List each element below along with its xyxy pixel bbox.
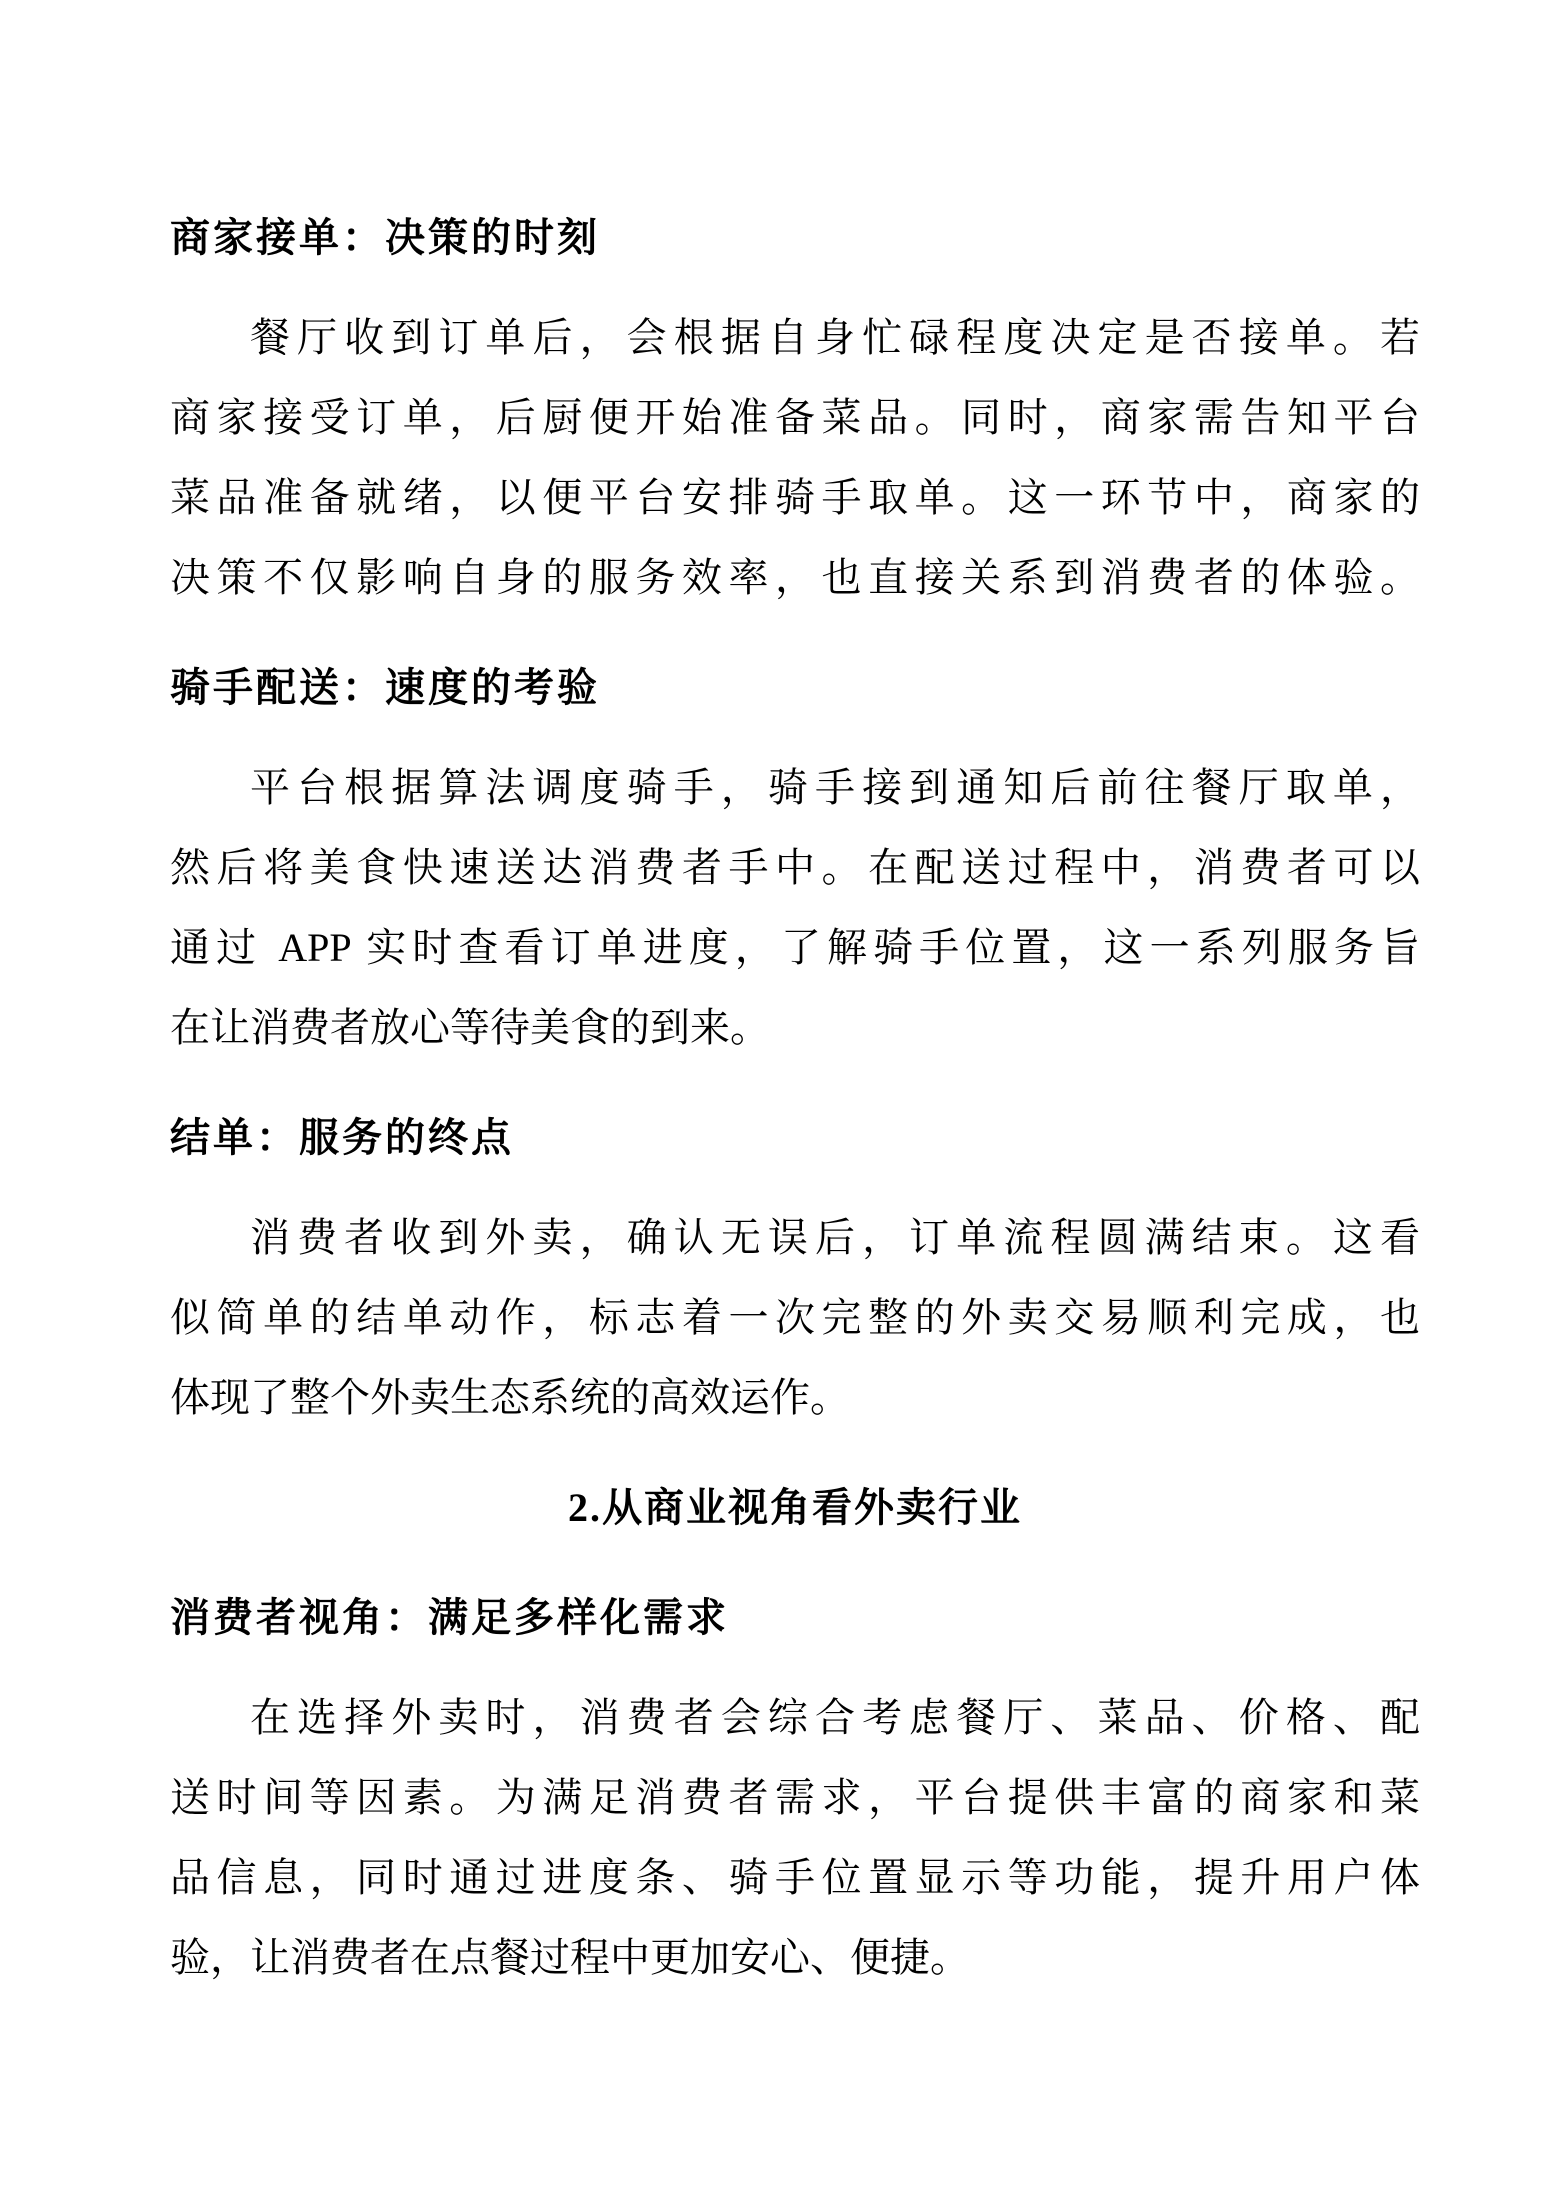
paragraph-line: 验，让消费者在点餐过程中更加安心、便捷。 [170,1918,1420,1998]
section-title-business-view: 2.从商业视角看外卖行业 [170,1468,1420,1548]
paragraph-consumer: 在选择外卖时，消费者会综合考虑餐厅、菜品、价格、配 送时间等因素。为满足消费者需… [170,1678,1420,1998]
paragraph-line: 在选择外卖时，消费者会综合考虑餐厅、菜品、价格、配 [170,1678,1420,1758]
heading-rider-delivery: 骑手配送：速度的考验 [170,648,1420,728]
document-content: 商家接单：决策的时刻 餐厅收到订单后，会根据自身忙碌程度决定是否接单。若 商家接… [170,198,1420,1998]
paragraph-line: 体现了整个外卖生态系统的高效运作。 [170,1358,1420,1438]
paragraph-line: 品信息，同时通过进度条、骑手位置显示等功能，提升用户体 [170,1838,1420,1918]
paragraph-merchant: 餐厅收到订单后，会根据自身忙碌程度决定是否接单。若 商家接受订单，后厨便开始准备… [170,298,1420,618]
paragraph-line: 决策不仅影响自身的服务效率，也直接关系到消费者的体验。 [170,538,1420,618]
document-page: 商家接单：决策的时刻 餐厅收到订单后，会根据自身忙碌程度决定是否接单。若 商家接… [0,0,1560,2206]
paragraph-rider: 平台根据算法调度骑手，骑手接到通知后前往餐厅取单， 然后将美食快速送达消费者手中… [170,748,1420,1068]
heading-merchant-accept: 商家接单：决策的时刻 [170,198,1420,278]
paragraph-line: 餐厅收到订单后，会根据自身忙碌程度决定是否接单。若 [170,298,1420,378]
paragraph-line: 在让消费者放心等待美食的到来。 [170,988,1420,1068]
paragraph-line: 菜品准备就绪，以便平台安排骑手取单。这一环节中，商家的 [170,458,1420,538]
paragraph-line: 送时间等因素。为满足消费者需求，平台提供丰富的商家和菜 [170,1758,1420,1838]
heading-consumer-view: 消费者视角：满足多样化需求 [170,1578,1420,1658]
paragraph-line: 消费者收到外卖，确认无误后，订单流程圆满结束。这看 [170,1198,1420,1278]
paragraph-settle: 消费者收到外卖，确认无误后，订单流程圆满结束。这看 似简单的结单动作，标志着一次… [170,1198,1420,1438]
paragraph-line: 平台根据算法调度骑手，骑手接到通知后前往餐厅取单， [170,748,1420,828]
heading-settle-order: 结单：服务的终点 [170,1098,1420,1178]
paragraph-line: 然后将美食快速送达消费者手中。在配送过程中，消费者可以 [170,828,1420,908]
paragraph-line: 通过 APP 实时查看订单进度，了解骑手位置，这一系列服务旨 [170,908,1420,988]
paragraph-line: 似简单的结单动作，标志着一次完整的外卖交易顺利完成，也 [170,1278,1420,1358]
paragraph-line: 商家接受订单，后厨便开始准备菜品。同时，商家需告知平台 [170,378,1420,458]
